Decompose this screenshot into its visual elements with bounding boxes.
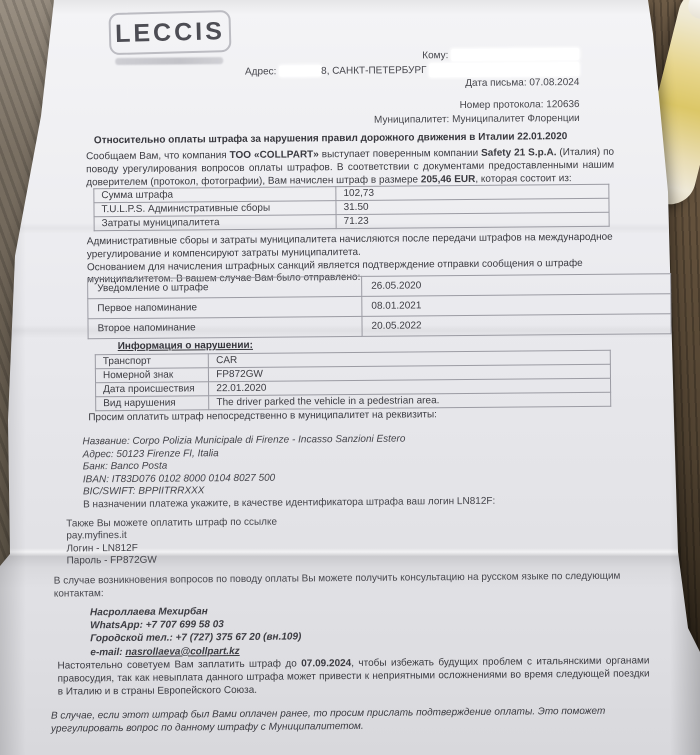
online-payment-block: Также Вы можете оплатить штраф по ссылке… [66,517,277,568]
fine-amount-bold: 205,46 EUR [421,173,476,184]
violation-heading: Информация о нарушении: [118,340,253,352]
contact-email-line: e-mail: nasrollaeva@collpart.kz [90,644,301,659]
already-paid-note: В случае, если этот штраф был Вами оплач… [51,705,651,736]
payment-purpose-line: В назначении платежа укажите, в качестве… [83,496,495,512]
leccis-logo: LECCIS [108,10,231,55]
violation-info-table: ТранспортCAR Номерной знакFP872GW Дата п… [95,350,611,412]
logo-tagline-blurred [115,57,223,65]
redaction-block [451,48,579,61]
notifications-table: Уведомление о штрафе26.05.2020 Первое на… [87,273,672,339]
intro-paragraph: Сообщаем Вам, что компания ТОО «COLLPART… [86,147,614,190]
municipality-line: Муниципалитет: Муниципалитет Флоренции [245,112,579,128]
online-pay-line: Также Вы можете оплатить штраф по ссылке [66,517,277,531]
fine-breakdown-table: Сумма штрафа102,73 T.U.L.P.S. Администра… [93,184,609,232]
support-intro-paragraph: В случае возникновения вопросов по повод… [54,569,640,600]
contact-block: Насроллаева Мехирбан WhatsApp: +7 707 69… [90,604,302,659]
redaction-block [279,65,321,76]
letter-content: LECCIS Кому: Адрес: 8, САНКТ-ПЕТЕРБУРГ Д… [0,0,700,755]
recipient-meta-block: Кому: Адрес: 8, САНКТ-ПЕТЕРБУРГ Дата пис… [245,48,580,128]
deadline-date-bold: 07.09.2024 [301,658,351,669]
subject-line: Относительно оплаты штрафа за нарушения … [94,131,634,147]
password-line: Пароль - FP872GW [67,554,278,568]
redaction-block [429,61,579,76]
principal-name-bold: Safety 21 S.p.A. [481,147,556,159]
brand-name: LECCIS [115,17,225,49]
contact-phone: Городской тел.: +7 (727) 375 67 20 (вн.1… [90,631,301,646]
table-row: Второе напоминание20.05.2022 [88,314,671,339]
deadline-warning-paragraph: Настоятельно советуем Вам заплатить штра… [57,655,649,699]
bank-details-block: Название: Corpo Polizia Municipale di Fi… [82,433,495,512]
company-name-bold: ТОО «COLLPART» [230,149,319,161]
email-address: nasrollaeva@collpart.kz [125,646,239,658]
